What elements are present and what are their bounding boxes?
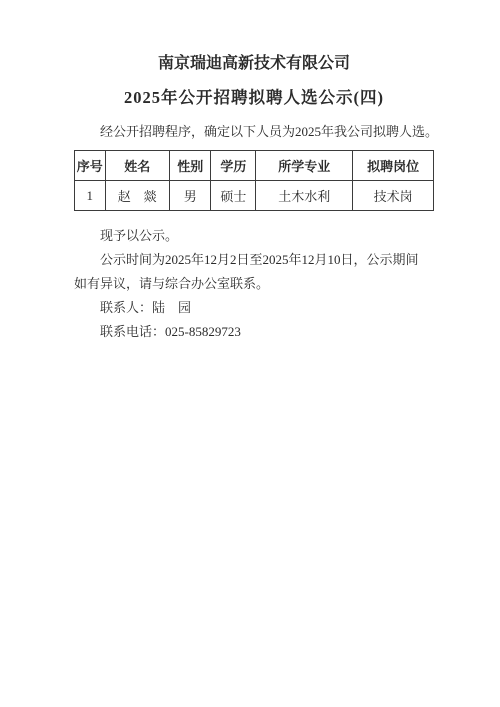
contact-person-name: 陆 园: [152, 300, 191, 315]
contact-phone-label: 联系电话：: [100, 324, 165, 339]
cell-major: 土木水利: [256, 181, 353, 211]
header-cell-degree: 学历: [211, 151, 256, 181]
candidates-table: 序号 姓名 性别 学历 所学专业 拟聘岗位 1 赵 燚 男 硕士 土木水利 技术…: [74, 150, 434, 211]
announce-paragraph: 现予以公示。: [74, 224, 434, 248]
header-cell-major: 所学专业: [256, 151, 353, 181]
page-title: 南京瑞迪高新技术有限公司: [74, 54, 434, 74]
header-cell-number: 序号: [75, 151, 106, 181]
contact-phone-number: 025-85829723: [165, 324, 241, 339]
period-line-1: 公示时间为2025年12月2日至2025年12月10日，公示期间: [74, 248, 434, 272]
cell-name: 赵 燚: [105, 181, 170, 211]
intro-paragraph: 经公开招聘程序，确定以下人员为2025年我公司拟聘人选。: [74, 120, 434, 144]
page-subtitle: 2025年公开招聘拟聘人选公示(四): [74, 88, 434, 108]
contact-person-line: 联系人：陆 园: [74, 296, 434, 320]
contact-phone-line: 联系电话：025-85829723: [74, 320, 434, 344]
period-line-2: 如有异议，请与综合办公室联系。: [74, 272, 434, 296]
table-row: 1 赵 燚 男 硕士 土木水利 技术岗: [75, 181, 434, 211]
header-cell-name: 姓名: [105, 151, 170, 181]
header-cell-gender: 性别: [170, 151, 211, 181]
contact-person-label: 联系人：: [100, 300, 152, 315]
document-page: 南京瑞迪高新技术有限公司 2025年公开招聘拟聘人选公示(四) 经公开招聘程序，…: [0, 0, 500, 707]
cell-gender: 男: [170, 181, 211, 211]
cell-position: 技术岗: [353, 181, 434, 211]
cell-degree: 硕士: [211, 181, 256, 211]
table-header-row: 序号 姓名 性别 学历 所学专业 拟聘岗位: [75, 151, 434, 181]
header-cell-position: 拟聘岗位: [353, 151, 434, 181]
period-paragraph: 公示时间为2025年12月2日至2025年12月10日，公示期间 如有异议，请与…: [74, 248, 434, 296]
cell-number: 1: [75, 181, 106, 211]
